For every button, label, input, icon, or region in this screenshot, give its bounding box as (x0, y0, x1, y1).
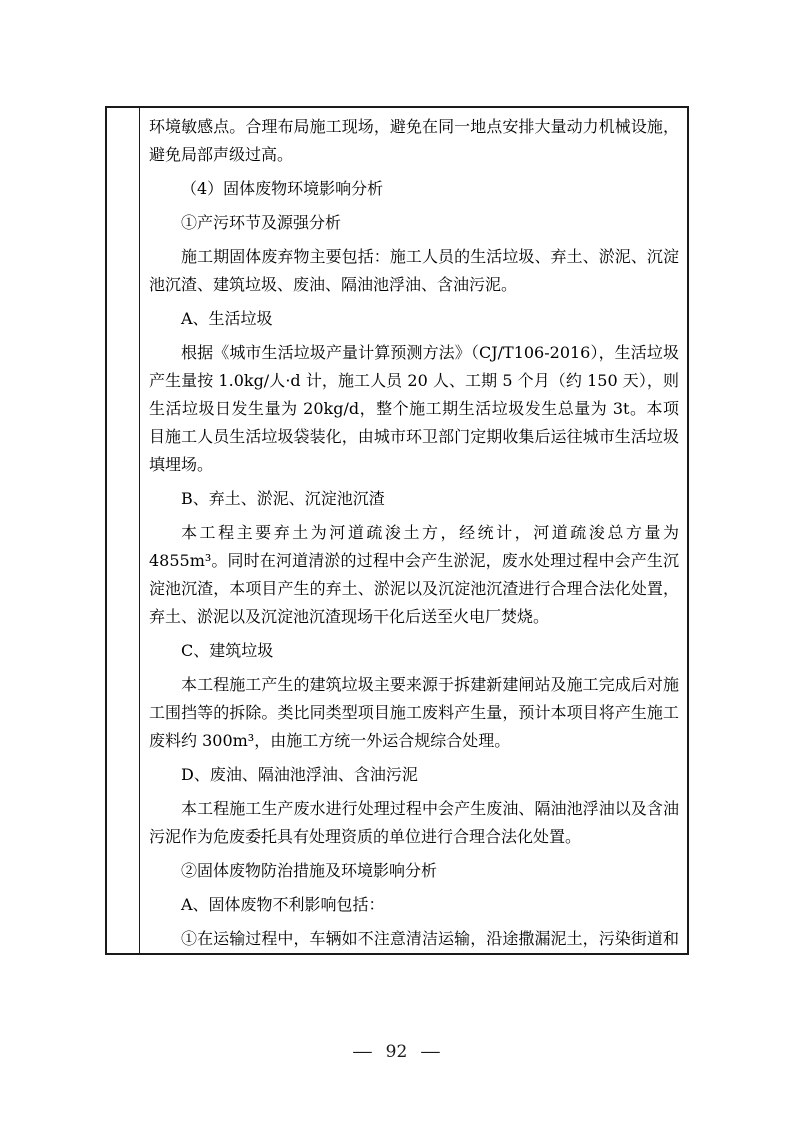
page-number: 92 (386, 1040, 408, 1064)
paragraph: C、建筑垃圾 (149, 637, 679, 665)
paragraph: 环境敏感点。合理布局施工现场，避免在同一地点安排大量动力机械设施，避免局部声级过… (149, 113, 679, 169)
paragraph: A、生活垃圾 (149, 305, 679, 333)
paragraph: A、固体废物不利影响包括： (149, 891, 679, 919)
paragraph: （4）固体废物环境影响分析 (149, 175, 679, 203)
paragraph: 根据《城市生活垃圾产量计算预测方法》（CJ/T106-2016），生活垃圾产生量… (149, 339, 679, 479)
page-footer: — 92 — (0, 1040, 793, 1064)
content-table: 环境敏感点。合理布局施工现场，避免在同一地点安排大量动力机械设施，避免局部声级过… (105, 106, 689, 955)
table-main-cell: 环境敏感点。合理布局施工现场，避免在同一地点安排大量动力机械设施，避免局部声级过… (140, 108, 687, 953)
paragraph: 本工程主要弃土为河道疏浚土方，经统计，河道疏浚总方量为 4855m³。同时在河道… (149, 519, 679, 631)
table-left-column (107, 108, 140, 953)
footer-left-dash: — (352, 1040, 372, 1064)
paragraph: B、弃土、淤泥、沉淀池沉渣 (149, 485, 679, 513)
paragraph: ②固体废物防治措施及环境影响分析 (149, 857, 679, 885)
paragraph: D、废油、隔油池浮油、含油污泥 (149, 761, 679, 789)
paragraph: ①产污环节及源强分析 (149, 209, 679, 237)
paragraph: 施工期固体废弃物主要包括：施工人员的生活垃圾、弃土、淤泥、沉淀池沉渣、建筑垃圾、… (149, 243, 679, 299)
paragraph: 本工程施工生产废水进行处理过程中会产生废油、隔油池浮油以及含油污泥作为危废委托具… (149, 795, 679, 851)
paragraph: 本工程施工产生的建筑垃圾主要来源于拆建新建闸站及施工完成后对施工围挡等的拆除。类… (149, 671, 679, 755)
footer-right-dash: — (421, 1040, 441, 1064)
document-page: 环境敏感点。合理布局施工现场，避免在同一地点安排大量动力机械设施，避免局部声级过… (0, 0, 793, 1122)
paragraph: ①在运输过程中，车辆如不注意清洁运输，沿途撒漏泥土，污染街道和公路，将会影响市容… (149, 925, 679, 953)
